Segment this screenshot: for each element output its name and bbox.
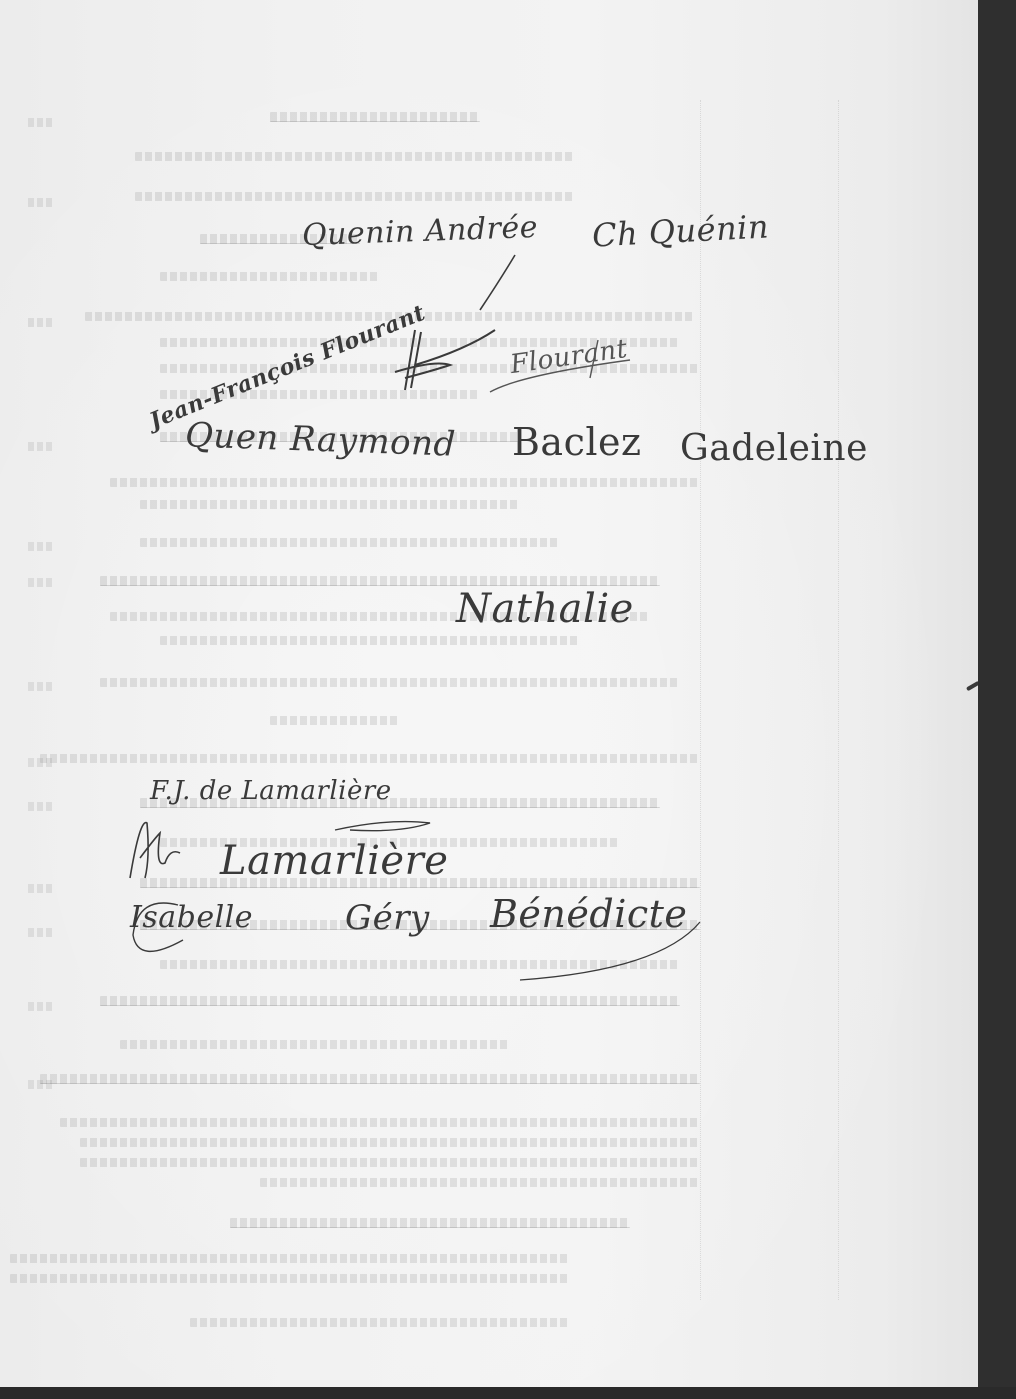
ghost-line-number: [28, 928, 54, 937]
signature-benedicte-flourish: [500, 920, 720, 990]
signature-initials-ajl: [125, 818, 195, 898]
ghost-line-number: [28, 884, 54, 893]
ghost-text-line: [80, 1138, 700, 1147]
ghost-text-line: [160, 272, 380, 281]
ghost-text-line: [270, 716, 400, 725]
scanned-page: Quenin Andrée Ch Quénin Jean-François Fl…: [0, 0, 978, 1387]
ghost-margin-rule: [838, 100, 839, 1300]
ghost-text-line: [135, 152, 575, 161]
ghost-line-number: [28, 442, 54, 451]
ghost-line-number: [28, 318, 54, 327]
signature-flourant-stroke: [480, 320, 650, 400]
signature-gadeleine: Gadeleine: [680, 428, 868, 469]
signature-flourish: [470, 250, 530, 320]
ghost-line-number: [28, 802, 54, 811]
ghost-text-line: [80, 1158, 700, 1167]
ghost-text-line: [120, 1040, 510, 1049]
signature-isabelle-loop: [128, 895, 188, 965]
signature-lamarliere: Lamarlière: [220, 838, 448, 884]
signature-lamarliere-underline: [330, 808, 450, 838]
ghost-heading: [100, 996, 680, 1006]
ghost-text-line: [40, 754, 700, 763]
signature-fj-de-lamarliere: F.J. de Lamarlière: [150, 776, 392, 806]
ghost-heading: [270, 112, 480, 122]
ghost-line-number: [28, 682, 54, 691]
ghost-heading: [230, 1218, 630, 1228]
signature-quenin-raymond: Quen Raymond: [184, 415, 456, 464]
ghost-text-line: [110, 478, 700, 487]
scanner-border-right: [978, 0, 1016, 1399]
ghost-margin-rule: [700, 100, 701, 1300]
ghost-text-line: [60, 1118, 700, 1127]
ghost-line-number: [28, 1002, 54, 1011]
ghost-line-number: [28, 578, 54, 587]
ghost-text-line: [140, 538, 560, 547]
ghost-text-line: [10, 1254, 570, 1263]
ghost-line-number: [28, 118, 54, 127]
ghost-text-line: [10, 1274, 570, 1283]
signature-nathalie: Nathalie: [456, 586, 634, 632]
scanner-border-bottom: [0, 1387, 1016, 1399]
signature-gery: Géry: [345, 898, 430, 938]
ghost-text-line: [190, 1318, 570, 1327]
ghost-line-number: [28, 542, 54, 551]
ghost-heading: [40, 1074, 700, 1084]
signature-ch-quenin: Ch Quénin: [591, 207, 770, 254]
pen-mark: [966, 681, 978, 691]
ghost-line-number: [28, 198, 54, 207]
ghost-text-line: [100, 678, 680, 687]
signature-baclez: Baclez: [512, 420, 642, 464]
ghost-text-line: [135, 192, 575, 201]
ghost-heading: [100, 576, 660, 586]
ghost-text-line: [160, 636, 580, 645]
ghost-text-line: [140, 500, 520, 509]
signature-quenin-andree: Quenin Andrée: [301, 210, 538, 253]
ghost-text-line: [260, 1178, 700, 1187]
